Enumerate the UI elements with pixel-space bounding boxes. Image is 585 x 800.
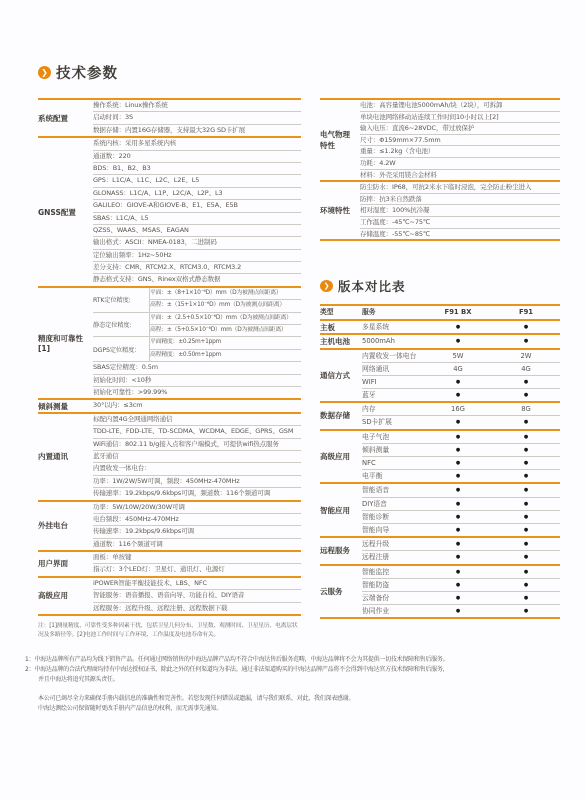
spec-subrow: DGPS定位精度：平面精度：±0.25m+1ppm高程精度：±0.50m+1pp… (93, 337, 301, 362)
legal-footer: 1：中海达品牌所有产品均为线下销售产品。任何通过网络销售的中海达品牌产品均不符合… (25, 655, 571, 714)
compare-row: 智能诊断●● (362, 511, 560, 524)
feature-dot: ● (424, 498, 492, 510)
feature-dot: ● (492, 498, 560, 510)
feature-dot: ● (424, 389, 492, 401)
compare-header-f91: F91 (492, 306, 560, 319)
spec-row: 传输速率：19.2kbps/9.6kbps可调，频道数：116个频道可调 (93, 488, 301, 499)
feature-dot: ● (492, 470, 560, 482)
feature-dot: ● (424, 484, 492, 496)
compare-service-name: 智能监控 (362, 566, 424, 578)
spec-row: BDS：B1、B2、B3 (93, 163, 301, 175)
spec-row: 差分支持：CMR、RTCM2.X、RTCM3.0、RTCM3.2 (93, 262, 301, 274)
compare-row: 网络通讯4G4G (362, 363, 560, 376)
right-info-table: 电气物理特性电池：高容量锂电池5000mAh/块（2块），可拆卸单块电池网络移动… (320, 98, 560, 241)
spec-row: 系统内核：采用多星系统内核 (93, 138, 301, 150)
spec-section: GNSS配置系统内核：采用多星系统内核通道数：220BDS：B1、B2、B3GP… (38, 136, 301, 286)
manual-page: ❯ 技术参数 系统配置操作系统：Linux操作系统启动时间：3S数据存储：内置1… (0, 0, 585, 800)
spec-section-label: GNSS配置 (38, 138, 93, 286)
spec-section-rows: 系统内核：采用多星系统内核通道数：220BDS：B1、B2、B3GPS：L1C/… (93, 138, 301, 286)
compare-group: 主板多星系统●● (320, 319, 560, 333)
feature-dot: ● (492, 605, 560, 617)
compare-service-name: 倾斜测量 (362, 444, 424, 456)
compare-group-rows: 内置收发一体电台5W2W网络通讯4G4GWIFI●●蓝牙●● (362, 350, 560, 402)
spec-subrow-lines: 平面精度：±0.25m+1ppm高程精度：±0.50m+1ppm (149, 337, 301, 362)
feature-dot: ● (492, 321, 560, 333)
spec-section: 外挂电台功率：5W/10W/20W/30W可调电台频段：450MHz-470MH… (38, 500, 301, 551)
spec-row: 防摔：抗3米自然跌落 (360, 194, 560, 206)
compare-row: 智能防盗●● (362, 579, 560, 592)
compare-row: 智能语音●● (362, 484, 560, 497)
compare-row: 电平衡●● (362, 470, 560, 482)
feature-dot: ● (424, 431, 492, 443)
footer-line: 并且中海达将追究其源头责任。 (38, 675, 571, 685)
compare-group-label: 主机电池 (320, 335, 362, 347)
spec-subrow-lines: 平面：±（8+1×10⁻⁶D）mm（D为被测点间距离）高程：±（15+1×10⁻… (149, 288, 301, 313)
spec-row: 尺寸：Φ159mm×77.5mm (360, 135, 560, 147)
spec-row: SBAS定位精度：0.5m (93, 362, 301, 374)
compare-groups: 主板多星系统●●主机电池5000mAh●●通信方式内置收发一体电台5W2W网络通… (320, 319, 560, 617)
footer-line: 2：中海达品牌的合法代理商均持有中海达授权证书，除此之外的任何渠道均为非法。通过… (25, 665, 571, 675)
spec-row: 输入电压：直流6~28VDC，带过放保护 (360, 123, 560, 135)
feature-dot: ● (424, 511, 492, 523)
spec-row: 标配内置4G全网通网络通信 (93, 414, 301, 426)
compare-row: 蓝牙●● (362, 389, 560, 401)
compare-row: 协同作业●● (362, 605, 560, 617)
compare-row: NFC●● (362, 457, 560, 470)
spec-section: 用户界面面板：单按键指示灯：3个LED灯：卫星灯、通讯灯、电源灯 (38, 550, 301, 576)
spec-row: 输出格式：ASCII：NMEA-0183，二进制码 (93, 237, 301, 249)
feature-dot: ● (492, 444, 560, 456)
spec-section: 内置通讯标配内置4G全网通网络通信TDD-LTE、FDD-LTE、TD-SCDM… (38, 412, 301, 500)
spec-row: 高程：±（5+0.5×10⁻⁶D）mm（D为被测点间距离） (150, 325, 301, 337)
feature-dot: ● (424, 579, 492, 591)
spec-row: 启动时间：3S (93, 112, 301, 124)
compare-service-name: NFC (362, 457, 424, 469)
spec-section-label: 倾斜测量 (38, 400, 93, 411)
spec-row: 初始化可靠性：>99.99% (93, 387, 301, 398)
compare-group: 云服务智能监控●●智能防盗●●云端备份●●协同作业●● (320, 564, 560, 618)
spec-row: 平面：±（8+1×10⁻⁶D）mm（D为被测点间距离） (150, 288, 301, 300)
compare-row: 电子气泡●● (362, 431, 560, 444)
spec-row: 高程：±（15+1×10⁻⁶D）mm（D为被测点间距离） (150, 300, 301, 312)
feature-dot: ● (424, 416, 492, 428)
feature-dot: ● (492, 431, 560, 443)
compare-group: 通信方式内置收发一体电台5W2W网络通讯4G4GWIFI●●蓝牙●● (320, 348, 560, 402)
compare-service-name: 智能语音 (362, 484, 424, 496)
compare-group-rows: 内存16G8GSD卡扩展●● (362, 403, 560, 428)
spec-row: 平面：±（2.5+0.5×10⁻⁶D）mm（D为被测点间距离） (150, 313, 301, 325)
feature-dot: ● (424, 524, 492, 536)
feature-dot: ● (424, 321, 492, 333)
compare-header-row: 类型 服务 F91 BX F91 (320, 304, 560, 319)
feature-dot: ● (492, 457, 560, 469)
feature-dot: ● (492, 524, 560, 536)
spec-row: 存储温度：-55℃~85℃ (360, 229, 560, 240)
compare-row: 内置收发一体电台5W2W (362, 350, 560, 363)
spec-row: 通道数：116个频道可调 (93, 539, 301, 550)
page-content: ❯ 技术参数 系统配置操作系统：Linux操作系统启动时间：3S数据存储：内置1… (38, 62, 563, 640)
spec-row: 防尘防水：IP68，可抗2米水下临时浸泡，完全防止粉尘进入 (360, 182, 560, 194)
feature-dot: ● (492, 579, 560, 591)
feature-dot: ● (492, 566, 560, 578)
spec-row: 工作温度：-45℃~75℃ (360, 217, 560, 229)
compare-row: 内存16G8G (362, 403, 560, 416)
compare-group-label: 云服务 (320, 566, 362, 618)
spec-row: 单块电池网络移动站连续工作时间10小时以上[2] (360, 112, 560, 124)
compare-header-type: 类型 (320, 306, 362, 319)
spec-footnote: 注：[1]测量精度、可靠性受多种因素干扰，包括卫星几何分布、卫星数、观测时间、卫… (38, 622, 301, 640)
compare-service-name: 智能防盗 (362, 579, 424, 591)
spec-row: 内置收发一体电台： (93, 463, 301, 475)
spec-section: 系统配置操作系统：Linux操作系统启动时间：3S数据存储：内置16G存储器，支… (38, 98, 301, 136)
compare-row: 倾斜测量●● (362, 444, 560, 457)
spec-row: WiFi通信：802.11 b/g接入点和客户端模式，可提供wifi热点服务 (93, 439, 301, 451)
footer-line: 1：中海达品牌所有产品均为线下销售产品。任何通过网络销售的中海达品牌产品均不符合… (25, 655, 571, 665)
tech-params-title: ❯ 技术参数 (38, 62, 563, 83)
spec-row: 蓝牙通信 (93, 451, 301, 463)
compare-row: 云端备份●● (362, 592, 560, 605)
spec-row: 数据存储：内置16G存储器，支持最大32G SD卡扩展 (93, 125, 301, 136)
compare-service-name: 多星系统 (362, 321, 424, 333)
spec-row: 30°以内：≤3cm (93, 400, 301, 411)
feature-dot: ● (424, 538, 492, 550)
compare-service-name: 蓝牙 (362, 389, 424, 401)
spec-row: SBAS：L1C/A、L5 (93, 213, 301, 225)
spec-subrow-lines: 平面：±（2.5+0.5×10⁻⁶D）mm（D为被测点间距离）高程：±（5+0.… (149, 313, 301, 338)
compare-group: 高级应用电子气泡●●倾斜测量●●NFC●●电平衡●● (320, 429, 560, 483)
spec-row: 材料：外壳采用镁合金材料 (360, 170, 560, 181)
spec-section-rows: 功率：5W/10W/20W/30W可调电台频段：450MHz-470MHz传输速… (93, 502, 301, 551)
orange-arrow-icon: ❯ (320, 280, 333, 292)
spec-row: GPS：L1C/A、L1C、L2C、L2E、L5 (93, 175, 301, 187)
compare-group-rows: 智能监控●●智能防盗●●云端备份●●协同作业●● (362, 566, 560, 618)
feature-dot: ● (424, 566, 492, 578)
spec-row: iPOWER智能平衡技能技术、LBS、NFC (93, 578, 301, 590)
compare-header-f91bx: F91 BX (424, 306, 492, 319)
spec-row: 通道数：220 (93, 151, 301, 163)
spec-row: 操作系统：Linux操作系统 (93, 100, 301, 112)
spec-row: 传输速率：19.2kbps/9.6kbps可调 (93, 526, 301, 538)
compare-value: 2W (492, 350, 560, 362)
spec-row: 功率：1W/2W/5W可调，频段：450MHz-470MHz (93, 476, 301, 488)
spec-section-rows: 电池：高容量锂电池5000mAh/块（2块），可拆卸单块电池网络移动站连续工作时… (360, 100, 560, 180)
feature-dot: ● (424, 605, 492, 617)
compare-service-name: 远程升级 (362, 538, 424, 550)
compare-value: 16G (424, 403, 492, 415)
footer-line: 中海达测绘公司保留随时更改手册内产品信息的权利，而无需事先通知。 (38, 704, 571, 714)
feature-dot: ● (492, 416, 560, 428)
spec-section-label: 用户界面 (38, 552, 93, 576)
spec-table: 系统配置操作系统：Linux操作系统启动时间：3S数据存储：内置16G存储器，支… (38, 98, 301, 616)
compare-row: 远程注册●● (362, 551, 560, 563)
compare-group-rows: 5000mAh●● (362, 335, 560, 347)
compare-row: DIY语音●● (362, 498, 560, 511)
compare-service-name: 智能向导 (362, 524, 424, 536)
compare-service-name: 电平衡 (362, 470, 424, 482)
spec-section: 环境特性防尘防水：IP68，可抗2米水下临时浸泡，完全防止粉尘进入防摔：抗3米自… (320, 180, 560, 239)
spec-row: 相对湿度：100%抗冷凝 (360, 205, 560, 217)
spec-section-label: 环境特性 (320, 182, 350, 239)
spec-row: 智能服务：语音播报、语音向导、功能自检、DIY语音 (93, 590, 301, 602)
compare-group: 智能应用智能语音●●DIY语音●●智能诊断●●智能向导●● (320, 482, 560, 536)
spec-subrow: 静态定位精度:平面：±（2.5+0.5×10⁻⁶D）mm（D为被测点间距离）高程… (93, 313, 301, 338)
feature-dot: ● (424, 457, 492, 469)
spec-row: GALILEO：GIOVE-A和GIOVE-B、E1、E5A、E5B (93, 200, 301, 212)
feature-dot: ● (424, 551, 492, 563)
compare-group: 主机电池5000mAh●● (320, 333, 560, 347)
compare-service-name: 内存 (362, 403, 424, 415)
compare-service-name: SD卡扩展 (362, 416, 424, 428)
compare-group-label: 智能应用 (320, 484, 362, 536)
spec-row: 静态格式支持：GNS、Rinex双格式静态数据 (93, 274, 301, 285)
feature-dot: ● (492, 376, 560, 388)
spec-row: 功率：5W/10W/20W/30W可调 (93, 502, 301, 514)
feature-dot: ● (492, 538, 560, 550)
feature-dot: ● (492, 511, 560, 523)
compare-service-name: 智能诊断 (362, 511, 424, 523)
feature-dot: ● (492, 335, 560, 347)
spec-row: 远程服务：远程升级、远程注册、远程数据下载 (93, 603, 301, 614)
feature-dot: ● (492, 484, 560, 496)
spec-section: 高级应用iPOWER智能平衡技能技术、LBS、NFC智能服务：语音播报、语音向导… (38, 576, 301, 614)
spec-row: 定位输出频率：1Hz~50Hz (93, 250, 301, 262)
compare-row: SD卡扩展●● (362, 416, 560, 428)
version-compare-table: 类型 服务 F91 BX F91 主板多星系统●●主机电池5000mAh●●通信… (320, 304, 560, 619)
spec-section-rows: 标配内置4G全网通网络通信TDD-LTE、FDD-LTE、TD-SCDMA、WC… (93, 414, 301, 500)
feature-dot: ● (424, 335, 492, 347)
spec-row: TDD-LTE、FDD-LTE、TD-SCDMA、WCDMA、EDGE、GPRS… (93, 426, 301, 438)
spec-section: 倾斜测量30°以内：≤3cm (38, 398, 301, 411)
feature-dot: ● (492, 592, 560, 604)
version-compare-title-text: 版本对比表 (338, 277, 406, 295)
spec-row: GLONASS：L1C/A、L1P、L2C/A、L2P、L3 (93, 188, 301, 200)
two-column-layout: 系统配置操作系统：Linux操作系统启动时间：3S数据存储：内置16G存储器，支… (38, 98, 563, 640)
right-column: 电气物理特性电池：高容量锂电池5000mAh/块（2块），可拆卸单块电池网络移动… (320, 98, 560, 619)
spec-section-label: 内置通讯 (38, 414, 93, 500)
spec-section-rows: RTK定位精度:平面：±（8+1×10⁻⁶D）mm（D为被测点间距离）高程：±（… (93, 288, 301, 399)
spec-row: 平面精度：±0.25m+1ppm (150, 337, 301, 349)
compare-service-name: 内置收发一体电台 (362, 350, 424, 362)
compare-group-label: 数据存储 (320, 403, 362, 428)
spec-section-rows: iPOWER智能平衡技能技术、LBS、NFC智能服务：语音播报、语音向导、功能自… (93, 578, 301, 614)
feature-dot: ● (424, 470, 492, 482)
feature-dot: ● (492, 551, 560, 563)
compare-service-name: WIFI (362, 376, 424, 388)
compare-service-name: 协同作业 (362, 605, 424, 617)
spec-subrow-key: DGPS定位精度： (93, 337, 149, 362)
feature-dot: ● (492, 389, 560, 401)
compare-value: 4G (424, 363, 492, 375)
compare-group-rows: 远程升级●●远程注册●● (362, 538, 560, 563)
compare-value: 8G (492, 403, 560, 415)
compare-service-name: 电子气泡 (362, 431, 424, 443)
spec-row: 功耗：4.2W (360, 158, 560, 170)
spec-section: 电气物理特性电池：高容量锂电池5000mAh/块（2块），可拆卸单块电池网络移动… (320, 98, 560, 180)
spec-section-label: 外挂电台 (38, 502, 93, 551)
spec-section-rows: 面板：单按键指示灯：3个LED灯：卫星灯、通讯灯、电源灯 (93, 552, 301, 576)
spec-row: 面板：单按键 (93, 552, 301, 564)
left-column: 系统配置操作系统：Linux操作系统启动时间：3S数据存储：内置16G存储器，支… (38, 98, 301, 640)
compare-value: 5W (424, 350, 492, 362)
spec-section-label: 高级应用 (38, 578, 93, 614)
compare-group-rows: 多星系统●● (362, 321, 560, 333)
spec-row: 高程精度：±0.50m+1ppm (150, 350, 301, 362)
compare-group-label: 远程服务 (320, 538, 362, 563)
compare-service-name: 远程注册 (362, 551, 424, 563)
compare-row: 5000mAh●● (362, 335, 560, 347)
spec-section-rows: 30°以内：≤3cm (93, 400, 301, 411)
compare-service-name: 5000mAh (362, 335, 424, 347)
spec-section-rows: 防尘防水：IP68，可抗2米水下临时浸泡，完全防止粉尘进入防摔：抗3米自然跌落相… (360, 182, 560, 239)
spec-subrow-key: RTK定位精度: (93, 288, 149, 313)
spec-section: 精度和可靠性[1]RTK定位精度:平面：±（8+1×10⁻⁶D）mm（D为被测点… (38, 286, 301, 399)
compare-row: WIFI●● (362, 376, 560, 389)
spec-row: 电台频段：450MHz-470MHz (93, 514, 301, 526)
spec-section-label: 电气物理特性 (320, 100, 350, 180)
spec-subrow-key: 静态定位精度: (93, 313, 149, 338)
spec-row: QZSS、WAAS、MSAS、EAGAN (93, 225, 301, 237)
compare-group-label: 通信方式 (320, 350, 362, 402)
spec-row: 指示灯：3个LED灯：卫星灯、通讯灯、电源灯 (93, 564, 301, 575)
compare-service-name: 云端备份 (362, 592, 424, 604)
spec-section-label: 系统配置 (38, 100, 93, 136)
spec-row: 初始化时间：<10秒 (93, 375, 301, 387)
compare-group: 数据存储内存16G8GSD卡扩展●● (320, 401, 560, 428)
compare-row: 智能监控●● (362, 566, 560, 579)
spec-section-label: 精度和可靠性[1] (38, 288, 93, 399)
spec-section-rows: 操作系统：Linux操作系统启动时间：3S数据存储：内置16G存储器，支持最大3… (93, 100, 301, 136)
spec-row: 电池：高容量锂电池5000mAh/块（2块），可拆卸 (360, 100, 560, 112)
orange-arrow-icon: ❯ (38, 66, 51, 79)
spec-subrow: RTK定位精度:平面：±（8+1×10⁻⁶D）mm（D为被测点间距离）高程：±（… (93, 288, 301, 313)
version-compare-title: ❯ 版本对比表 (320, 277, 560, 295)
footer-line: 本公司已竭尽全力来确保手册内载信息的准确性和完善性。若您发现任何错误或遗漏，请与… (38, 694, 571, 704)
tech-params-title-text: 技术参数 (56, 62, 118, 83)
compare-group-rows: 智能语音●●DIY语音●●智能诊断●●智能向导●● (362, 484, 560, 536)
compare-group-rows: 电子气泡●●倾斜测量●●NFC●●电平衡●● (362, 431, 560, 483)
compare-row: 智能向导●● (362, 524, 560, 536)
compare-group: 远程服务远程升级●●远程注册●● (320, 536, 560, 563)
compare-value: 4G (492, 363, 560, 375)
compare-group-label: 高级应用 (320, 431, 362, 483)
compare-header-service: 服务 (362, 306, 424, 319)
feature-dot: ● (424, 592, 492, 604)
compare-row: 多星系统●● (362, 321, 560, 333)
compare-service-name: DIY语音 (362, 498, 424, 510)
compare-group-label: 主板 (320, 321, 362, 333)
spec-row: 重量：≤1.2kg（含电池） (360, 146, 560, 158)
feature-dot: ● (424, 444, 492, 456)
compare-service-name: 网络通讯 (362, 363, 424, 375)
compare-row: 远程升级●● (362, 538, 560, 551)
feature-dot: ● (424, 376, 492, 388)
